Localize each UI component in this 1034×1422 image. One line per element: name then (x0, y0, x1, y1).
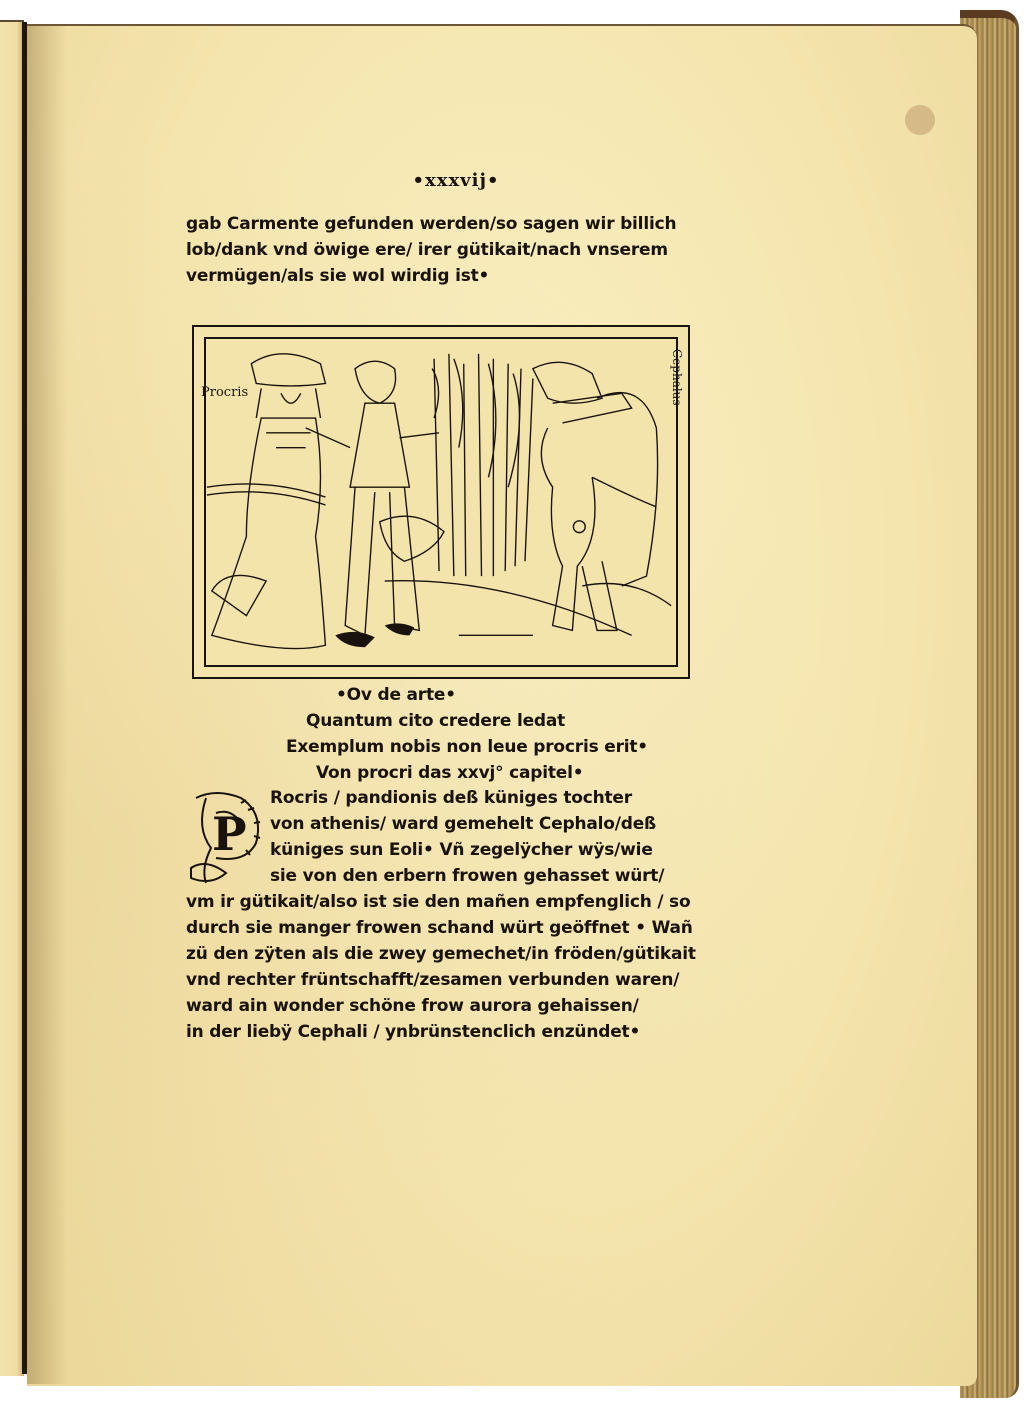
woodcut-scene-graphic (206, 339, 676, 665)
chapter-body-text: P Rocris / pandionis deß küniges tochter… (186, 785, 696, 1045)
verse-source: •Ov de arte• (186, 682, 696, 708)
body-line: vnd rechter früntschafft/zesamen verbund… (186, 967, 696, 993)
woodcut-label-cephalus: Cephalus (670, 349, 684, 406)
woodcut-illustration: Procris Cephalus (192, 325, 690, 679)
svg-text:P: P (212, 807, 247, 861)
body-line: zü den zÿten als die zwey gemechet/in fr… (186, 941, 696, 967)
gutter-shadow (27, 24, 67, 1384)
decorated-initial-p: P (186, 788, 266, 888)
body-line: ward ain wonder schöne frow aurora gehai… (186, 993, 696, 1019)
body-line: vm ir gütikait/also ist sie den mañen em… (186, 889, 696, 915)
woodcut-frame (204, 337, 678, 667)
intro-line: vermügen/als sie wol wirdig ist• (186, 263, 696, 289)
intro-text-block: •xxxvij• gab Carmente gefunden werden/so… (186, 170, 696, 289)
chapter-heading: Von procri das xxvj° capitel• (186, 760, 696, 786)
book-photograph: •xxxvij• gab Carmente gefunden werden/so… (0, 0, 1034, 1422)
intro-line: gab Carmente gefunden werden/so sagen wi… (186, 211, 696, 237)
left-page-edge (0, 20, 24, 1376)
folio-number: •xxxvij• (216, 170, 696, 191)
paper-stain (905, 105, 935, 135)
verse-block: •Ov de arte• Quantum cito credere ledat … (186, 682, 696, 786)
body-line: durch sie manger frowen schand würt geöf… (186, 915, 696, 941)
intro-line: lob/dank vnd öwige ere/ irer gütikait/na… (186, 237, 696, 263)
body-line: in der liebÿ Cephali / ynbrünstenclich e… (186, 1019, 696, 1045)
woodcut-label-procris: Procris (201, 385, 248, 400)
verse-line: Exemplum nobis non leue procris erit• (186, 734, 696, 760)
verse-line: Quantum cito credere ledat (186, 708, 696, 734)
